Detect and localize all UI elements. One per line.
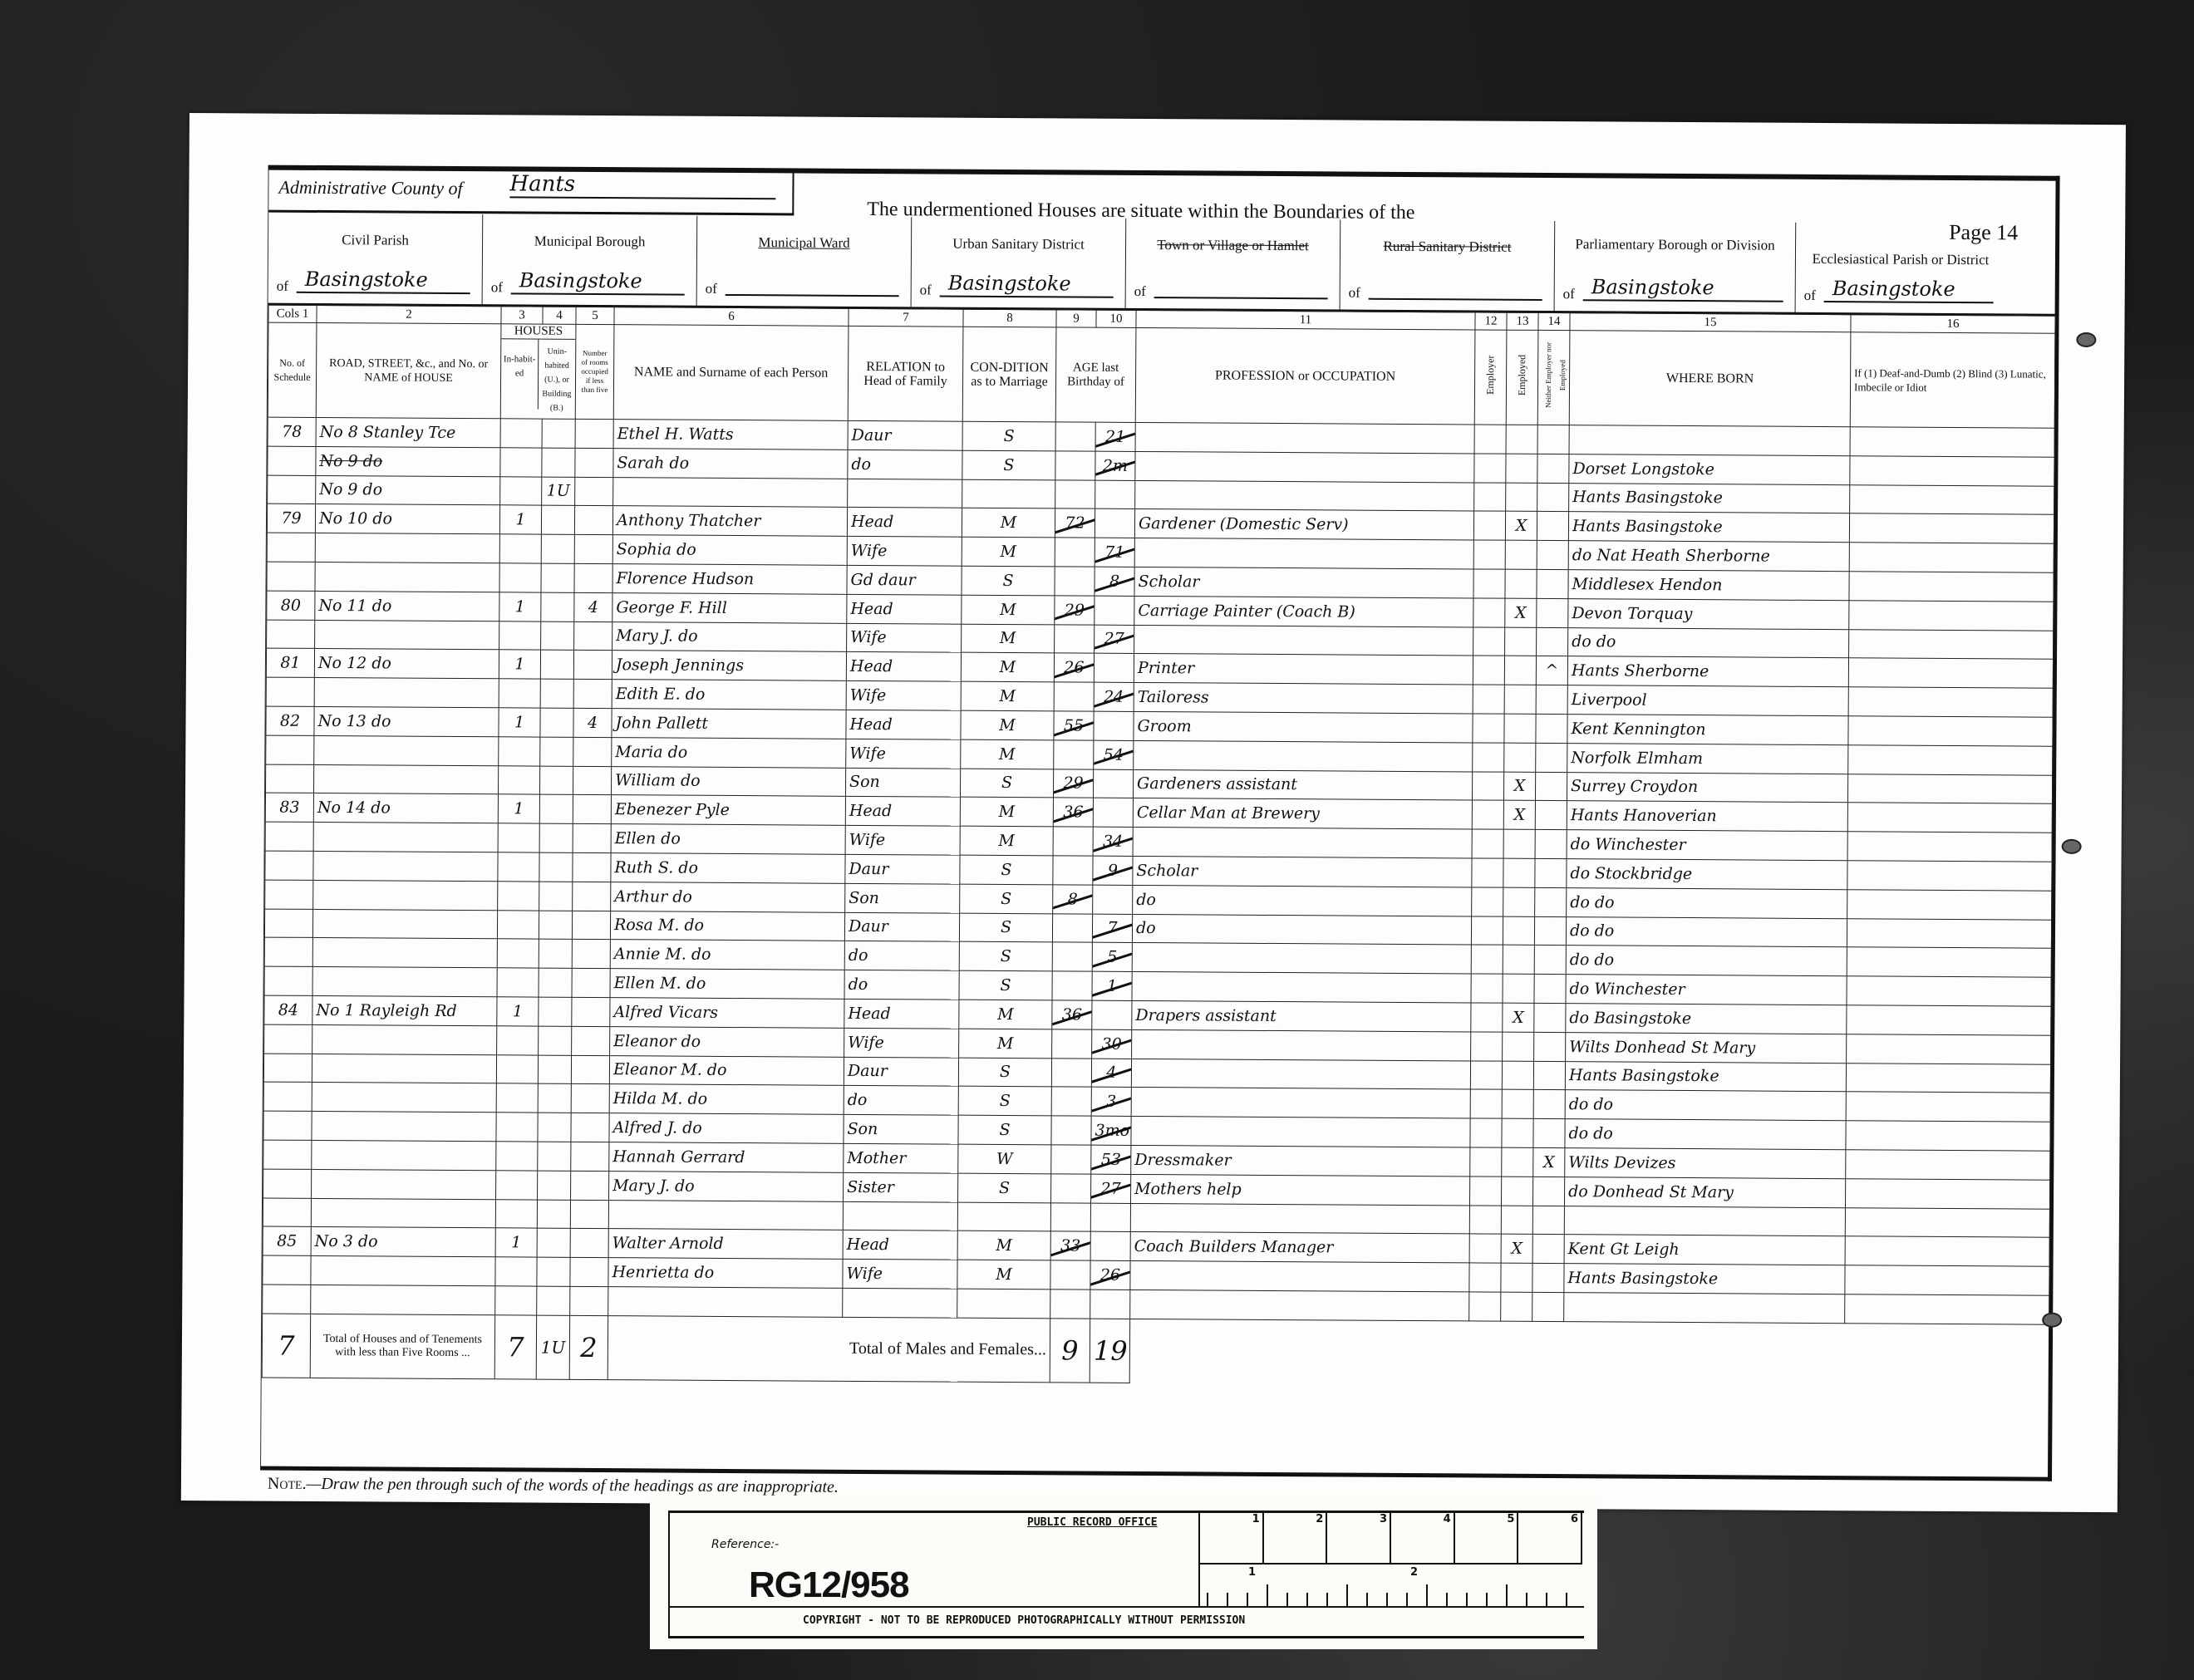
cell-female-age: 3 bbox=[1091, 1087, 1131, 1116]
cell-female-age: 5 bbox=[1092, 942, 1132, 971]
cell-neither bbox=[1532, 1206, 1564, 1235]
cell-address bbox=[312, 1054, 496, 1083]
cell-occupation: do bbox=[1133, 885, 1472, 916]
cell-employer bbox=[1473, 511, 1505, 540]
cell-neither bbox=[1533, 1090, 1565, 1119]
column-number: 15 bbox=[1570, 313, 1851, 332]
cell-name: Eleanor do bbox=[610, 1026, 844, 1057]
cell-employed bbox=[1503, 946, 1534, 975]
cell-neither: X bbox=[1533, 1147, 1565, 1176]
cell-employed bbox=[1503, 974, 1534, 1003]
cell-schedule bbox=[266, 735, 314, 764]
boundary-civil-parish: Civil Parish of Basingstoke bbox=[268, 214, 484, 305]
cell-infirmity bbox=[1850, 427, 2054, 457]
cell-relation: Wife bbox=[846, 739, 961, 769]
cell-infirmity bbox=[1848, 744, 2053, 774]
cell-employed bbox=[1502, 1118, 1533, 1147]
cell-uninhabited bbox=[541, 534, 574, 563]
cell-address bbox=[311, 1198, 495, 1228]
cell-born: do Winchester bbox=[1566, 975, 1847, 1005]
cell-employed bbox=[1503, 1032, 1534, 1061]
cell-inhabited: 1 bbox=[499, 505, 541, 534]
cell-rooms bbox=[575, 419, 613, 448]
census-sheet: Administrative County of Hants The under… bbox=[181, 113, 2126, 1512]
cell-employer bbox=[1473, 627, 1505, 656]
cell-name bbox=[613, 477, 848, 508]
punch-hole bbox=[2076, 332, 2096, 347]
column-number: 12 bbox=[1475, 312, 1507, 330]
cell-employed bbox=[1506, 483, 1537, 512]
heading-infirmity: If (1) Deaf-and-Dumb (2) Blind (3) Lunat… bbox=[1850, 332, 2055, 429]
total-houses-label: Total of Houses and of Tenements with le… bbox=[310, 1314, 494, 1378]
cell-rooms bbox=[570, 1257, 608, 1286]
cell-female-age bbox=[1094, 654, 1134, 683]
boundaries-row: Civil Parish of Basingstoke Municipal Bo… bbox=[268, 214, 2056, 317]
cell-employer bbox=[1472, 829, 1503, 858]
heading-rooms: Number of rooms occupied if less than fi… bbox=[575, 324, 614, 419]
cell-occupation bbox=[1135, 480, 1474, 511]
cell-name: Hilda M. do bbox=[609, 1084, 844, 1115]
cell-neither bbox=[1535, 858, 1567, 887]
cell-male-age: 29 bbox=[1055, 596, 1095, 625]
cell-neither bbox=[1533, 1119, 1565, 1148]
cell-rooms bbox=[575, 448, 613, 477]
cell-uninhabited bbox=[542, 448, 575, 477]
cell-inhabited bbox=[497, 910, 539, 939]
cell-condition: S bbox=[960, 884, 1053, 913]
cell-uninhabited bbox=[541, 592, 574, 621]
cell-occupation: Cellar Man at Brewery bbox=[1133, 798, 1472, 829]
cell-relation bbox=[843, 1288, 957, 1318]
boundary-parliamentary: Parliamentary Borough or Division of Bas… bbox=[1555, 221, 1797, 312]
cell-neither bbox=[1537, 598, 1568, 627]
heading-schedule: No. of Schedule bbox=[268, 322, 317, 417]
cell-occupation: Scholar bbox=[1134, 567, 1473, 597]
cell-schedule bbox=[263, 1140, 312, 1169]
cell-condition: M bbox=[960, 826, 1053, 855]
cell-rooms bbox=[571, 1142, 609, 1171]
cell-relation: do bbox=[848, 449, 962, 479]
cell-condition: M bbox=[959, 1000, 1052, 1029]
cell-female-age: 2m bbox=[1095, 451, 1135, 480]
cell-employed: X bbox=[1503, 772, 1535, 801]
cell-inhabited: 1 bbox=[499, 592, 541, 621]
total-uninhabited: 1U bbox=[536, 1315, 569, 1379]
cell-uninhabited bbox=[537, 1228, 570, 1257]
cell-born: do do bbox=[1567, 887, 1847, 918]
cell-relation: Head bbox=[843, 1231, 957, 1260]
cell-schedule bbox=[263, 1111, 312, 1140]
cell-female-age: 4 bbox=[1091, 1059, 1131, 1088]
cell-female-age: 27 bbox=[1091, 1174, 1131, 1203]
cell-neither bbox=[1534, 916, 1566, 946]
heading-age: AGE last Birthday of bbox=[1055, 327, 1136, 423]
totals-blank bbox=[1129, 1319, 2049, 1388]
cell-inhabited bbox=[499, 563, 541, 592]
cell-female-age bbox=[1094, 711, 1134, 740]
cell-born: Surrey Croydon bbox=[1567, 772, 1847, 803]
cell-address bbox=[315, 562, 499, 592]
cell-employer bbox=[1473, 569, 1505, 598]
cell-schedule bbox=[268, 475, 316, 504]
cell-rooms bbox=[573, 651, 612, 680]
county-label: Administrative County of bbox=[278, 177, 462, 199]
column-number: 14 bbox=[1538, 312, 1570, 330]
cell-condition: S bbox=[958, 1173, 1051, 1202]
cell-address: No 1 Rayleigh Rd bbox=[312, 995, 497, 1025]
cell-schedule: 79 bbox=[267, 504, 315, 533]
cell-condition: S bbox=[959, 970, 1052, 1000]
ruler-mark: 2 bbox=[1264, 1513, 1328, 1563]
cell-occupation: Gardener (Domestic Serv) bbox=[1134, 509, 1473, 540]
cell-female-age bbox=[1095, 480, 1135, 509]
cell-female-age: 34 bbox=[1093, 827, 1133, 856]
cell-condition: S bbox=[959, 913, 1052, 942]
cell-born: Hants Basingstoke bbox=[1568, 512, 1849, 543]
cell-address: No 12 do bbox=[314, 649, 499, 679]
cell-employer bbox=[1473, 685, 1504, 714]
cell-address bbox=[311, 1285, 495, 1314]
cell-born: do Winchester bbox=[1567, 830, 1847, 861]
cell-born: Norfolk Elmham bbox=[1567, 743, 1848, 774]
cell-address bbox=[312, 967, 497, 997]
cell-employed bbox=[1503, 887, 1535, 916]
cell-male-age bbox=[1050, 1289, 1090, 1319]
cell-neither bbox=[1532, 1176, 1564, 1206]
cell-schedule bbox=[264, 1024, 312, 1054]
cell-schedule: 84 bbox=[264, 995, 312, 1024]
cell-infirmity bbox=[1848, 687, 2053, 717]
cell-infirmity bbox=[1849, 513, 2054, 543]
cell-neither bbox=[1534, 1032, 1566, 1061]
cell-address bbox=[315, 620, 499, 650]
cell-born bbox=[1569, 425, 1850, 456]
cell-relation: do bbox=[844, 970, 959, 1000]
cell-relation: Head bbox=[847, 508, 962, 538]
cell-relation: Daur bbox=[844, 912, 959, 942]
cell-rooms bbox=[572, 1026, 610, 1055]
boundary-municipal-ward: Municipal Ward of bbox=[697, 216, 913, 307]
cell-address bbox=[314, 764, 499, 794]
cell-occupation bbox=[1132, 1029, 1471, 1060]
heading-occupation: PROFESSION or OCCUPATION bbox=[1135, 327, 1475, 424]
column-number: 11 bbox=[1136, 310, 1475, 329]
cell-name: Alfred Vicars bbox=[610, 998, 844, 1029]
cell-rooms bbox=[574, 621, 612, 651]
cell-schedule: 78 bbox=[268, 417, 316, 446]
cell-inhabited: 1 bbox=[499, 650, 540, 679]
urban-sanitary-value: Basingstoke bbox=[940, 271, 1114, 298]
cell-female-age bbox=[1090, 1203, 1130, 1232]
cell-born: Hants Basingstoke bbox=[1565, 1061, 1846, 1092]
cell-address bbox=[314, 735, 499, 765]
column-number: 6 bbox=[614, 307, 849, 327]
cell-address: No 13 do bbox=[314, 706, 499, 736]
cell-inhabited bbox=[495, 1199, 537, 1228]
reference-label: Reference:- bbox=[711, 1538, 779, 1551]
cell-employed bbox=[1505, 540, 1537, 569]
cell-infirmity bbox=[1846, 1063, 2050, 1093]
cell-uninhabited bbox=[540, 708, 573, 737]
cell-occupation: Gardeners assistant bbox=[1133, 769, 1472, 800]
cell-occupation bbox=[1130, 1289, 1469, 1320]
cell-occupation bbox=[1134, 740, 1473, 771]
cell-condition bbox=[957, 1202, 1050, 1231]
cell-neither bbox=[1536, 714, 1567, 743]
cell-rooms bbox=[572, 911, 610, 940]
punch-hole bbox=[2042, 1313, 2062, 1328]
cell-born: Hants Basingstoke bbox=[1569, 483, 1850, 513]
cell-address: No 14 do bbox=[313, 793, 498, 823]
cell-infirmity bbox=[1847, 1034, 2051, 1064]
cell-employer bbox=[1471, 945, 1503, 974]
cell-name: Ebenezer Pyle bbox=[611, 795, 845, 826]
cell-schedule bbox=[264, 966, 312, 995]
totals-row: 7 Total of Houses and of Tenements with … bbox=[262, 1314, 2049, 1388]
cell-rooms bbox=[570, 1286, 608, 1315]
cell-occupation: Scholar bbox=[1133, 856, 1472, 887]
cell-name: Joseph Jennings bbox=[612, 651, 846, 681]
cell-name: Ellen do bbox=[611, 824, 845, 855]
cell-rooms bbox=[573, 852, 611, 882]
cell-rooms bbox=[574, 535, 612, 564]
form-note: Note.—Draw the pen through such of the w… bbox=[268, 1475, 839, 1497]
heading-name: NAME and Surname of each Person bbox=[613, 325, 849, 421]
cell-relation: do bbox=[844, 941, 959, 971]
cell-employer bbox=[1473, 598, 1505, 627]
column-number: 9 bbox=[1056, 310, 1096, 327]
cell-address bbox=[312, 1112, 496, 1142]
cell-born: do do bbox=[1566, 916, 1847, 947]
cell-schedule bbox=[264, 937, 312, 966]
cell-name: John Pallett bbox=[612, 709, 846, 739]
cell-employed bbox=[1501, 1206, 1532, 1235]
total-rooms: 2 bbox=[569, 1315, 608, 1379]
cell-male-age: 26 bbox=[1054, 653, 1094, 682]
cell-born: Middlesex Hendon bbox=[1568, 570, 1849, 601]
cell-employed: X bbox=[1503, 1003, 1534, 1032]
cell-male-age bbox=[1051, 1145, 1091, 1174]
cell-rooms: 4 bbox=[574, 592, 612, 621]
cell-employer bbox=[1474, 425, 1506, 454]
cell-employed: X bbox=[1505, 598, 1537, 627]
column-number: 2 bbox=[317, 305, 501, 323]
cell-employed bbox=[1504, 743, 1536, 772]
column-number: 13 bbox=[1507, 312, 1538, 330]
cell-occupation bbox=[1134, 625, 1473, 656]
cell-born: Hants Hanoverian bbox=[1567, 801, 1847, 832]
cell-condition bbox=[957, 1289, 1050, 1318]
cell-condition: S bbox=[958, 1058, 1051, 1087]
cell-relation: Wife bbox=[847, 623, 962, 653]
heading-relation: RELATION to Head of Family bbox=[848, 326, 963, 421]
cell-schedule bbox=[266, 677, 314, 706]
total-females: 19 bbox=[1090, 1319, 1129, 1383]
cell-uninhabited bbox=[539, 911, 572, 940]
cell-occupation: do bbox=[1132, 914, 1471, 945]
cell-infirmity bbox=[1849, 629, 2054, 659]
public-record-office-strip: PUBLIC RECORD OFFICE Reference:- RG12/95… bbox=[650, 1496, 1597, 1649]
cell-schedule bbox=[265, 880, 313, 909]
cell-neither bbox=[1536, 685, 1567, 715]
cell-schedule bbox=[265, 822, 313, 851]
cell-male-age: 55 bbox=[1054, 711, 1094, 740]
cell-address bbox=[311, 1256, 495, 1286]
cell-name: Walter Arnold bbox=[608, 1229, 843, 1260]
cell-inhabited bbox=[497, 1026, 539, 1055]
cell-female-age: 30 bbox=[1092, 1029, 1132, 1059]
cell-employer bbox=[1469, 1263, 1501, 1292]
cell-rooms bbox=[575, 477, 613, 506]
cell-inhabited bbox=[500, 448, 542, 477]
cell-employed bbox=[1505, 569, 1537, 598]
cell-address: No 3 do bbox=[311, 1227, 495, 1257]
cell-address: No 8 Stanley Tce bbox=[316, 417, 500, 447]
cell-rooms bbox=[574, 506, 612, 535]
cell-rooms bbox=[572, 968, 610, 997]
total-persons-label: Total of Males and Females... bbox=[608, 1315, 1050, 1382]
cell-infirmity bbox=[1846, 1150, 2050, 1180]
cell-employed bbox=[1501, 1292, 1532, 1321]
cell-schedule bbox=[263, 1255, 311, 1285]
cell-schedule bbox=[263, 1054, 312, 1083]
ruler-mark: 6 bbox=[1518, 1513, 1582, 1563]
column-number: 4 bbox=[543, 307, 576, 324]
cell-employer bbox=[1470, 1147, 1502, 1176]
cell-infirmity bbox=[1845, 1294, 2049, 1324]
cell-schedule bbox=[263, 1082, 312, 1111]
cell-name: Maria do bbox=[612, 737, 846, 768]
cell-male-age bbox=[1053, 856, 1093, 885]
cell-name: Rosa M. do bbox=[610, 911, 844, 941]
cell-employer bbox=[1473, 656, 1504, 685]
cell-rooms bbox=[571, 1084, 609, 1113]
cell-inhabited bbox=[495, 1286, 537, 1315]
cell-occupation bbox=[1132, 972, 1471, 1003]
cell-neither: ^ bbox=[1536, 656, 1567, 685]
cell-female-age: 21 bbox=[1095, 422, 1135, 451]
cell-employed bbox=[1504, 714, 1536, 743]
cell-female-age bbox=[1095, 509, 1134, 538]
cell-relation: Head bbox=[846, 710, 961, 739]
cell-employed bbox=[1504, 685, 1536, 714]
cell-employed: X bbox=[1503, 801, 1535, 830]
cell-born: Hants Sherborne bbox=[1567, 656, 1848, 687]
cell-employed: X bbox=[1505, 512, 1537, 541]
cell-uninhabited bbox=[539, 1026, 572, 1055]
cell-uninhabited bbox=[539, 823, 573, 852]
cell-condition: S bbox=[958, 1115, 1051, 1144]
cell-rooms: 4 bbox=[573, 708, 612, 737]
cell-employer bbox=[1472, 858, 1503, 887]
cell-male-age bbox=[1051, 1087, 1091, 1116]
reference-number: RG12/958 bbox=[749, 1565, 909, 1606]
column-number: 3 bbox=[501, 307, 543, 324]
cell-inhabited bbox=[499, 737, 540, 766]
cell-condition: M bbox=[957, 1260, 1050, 1289]
cell-relation: Wife bbox=[847, 537, 962, 567]
cell-male-age bbox=[1052, 971, 1092, 1000]
cell-female-age: 9 bbox=[1093, 856, 1133, 885]
cell-rooms bbox=[571, 1171, 609, 1200]
cell-occupation bbox=[1131, 1117, 1470, 1147]
cell-born: Hants Basingstoke bbox=[1564, 1264, 1845, 1294]
cell-inhabited bbox=[496, 1113, 538, 1142]
ruler-mark: 4 bbox=[1391, 1513, 1455, 1563]
cell-born: do do bbox=[1565, 1119, 1846, 1150]
cell-infirmity bbox=[1845, 1178, 2049, 1208]
cell-neither bbox=[1534, 975, 1566, 1004]
cell-address bbox=[312, 1140, 496, 1170]
cell-male-age bbox=[1055, 451, 1095, 480]
cell-rooms bbox=[573, 823, 611, 852]
cell-uninhabited bbox=[537, 1257, 570, 1286]
cell-female-age bbox=[1093, 885, 1133, 914]
cell-occupation: Printer bbox=[1134, 654, 1473, 685]
cell-female-age: 71 bbox=[1095, 538, 1134, 567]
cell-relation: Daur bbox=[845, 854, 960, 884]
cell-uninhabited bbox=[540, 679, 573, 708]
cell-name: Henrietta do bbox=[608, 1258, 843, 1289]
cell-employer bbox=[1471, 1032, 1503, 1061]
cell-born: do Stockbridge bbox=[1567, 859, 1847, 890]
cell-female-age: 53 bbox=[1091, 1145, 1131, 1174]
cell-uninhabited bbox=[539, 939, 572, 968]
cell-occupation bbox=[1135, 422, 1474, 453]
cell-address: No 11 do bbox=[315, 591, 499, 621]
cell-rooms bbox=[573, 766, 611, 795]
cell-name: Ellen M. do bbox=[610, 969, 844, 1000]
county-box: Administrative County of Hants bbox=[268, 170, 794, 216]
cell-infirmity bbox=[1848, 658, 2053, 688]
cell-employer bbox=[1473, 743, 1504, 772]
cell-infirmity bbox=[1845, 1207, 2049, 1237]
cell-relation bbox=[848, 479, 962, 508]
civil-parish-value: Basingstoke bbox=[297, 267, 470, 294]
cell-address: No 10 do bbox=[315, 504, 499, 534]
ruler-mark: 1 bbox=[1200, 1513, 1264, 1563]
cell-relation: Wife bbox=[843, 1259, 957, 1289]
cell-name: Mary J. do bbox=[612, 621, 847, 652]
cell-address bbox=[312, 1169, 496, 1199]
cell-condition: S bbox=[960, 855, 1053, 884]
cell-infirmity bbox=[1847, 803, 2052, 833]
cell-relation: do bbox=[844, 1086, 958, 1116]
cell-address bbox=[312, 938, 497, 968]
cell-uninhabited bbox=[539, 852, 573, 882]
cell-condition: S bbox=[960, 769, 1053, 798]
cell-employer bbox=[1473, 540, 1505, 569]
cell-condition: S bbox=[962, 450, 1055, 479]
cell-born: do Basingstoke bbox=[1566, 1004, 1847, 1034]
cell-occupation: Carriage Painter (Coach B) bbox=[1134, 596, 1473, 626]
cell-inhabited bbox=[497, 968, 539, 997]
cell-born: do Donhead St Mary bbox=[1564, 1176, 1845, 1207]
cell-born: Wilts Donhead St Mary bbox=[1566, 1032, 1847, 1063]
cell-relation: Head bbox=[846, 652, 961, 682]
cell-female-age: 24 bbox=[1094, 682, 1134, 711]
cell-employed bbox=[1502, 1089, 1533, 1118]
cell-infirmity bbox=[1847, 1005, 2051, 1035]
cell-born: Dorset Longstoke bbox=[1569, 454, 1850, 484]
cell-name: Annie M. do bbox=[610, 940, 844, 970]
cell-schedule bbox=[264, 909, 312, 938]
cell-infirmity bbox=[1849, 543, 2054, 572]
cell-rooms bbox=[572, 940, 610, 969]
cell-condition: M bbox=[961, 653, 1054, 682]
cell-uninhabited bbox=[541, 563, 574, 592]
cell-neither bbox=[1532, 1292, 1564, 1321]
